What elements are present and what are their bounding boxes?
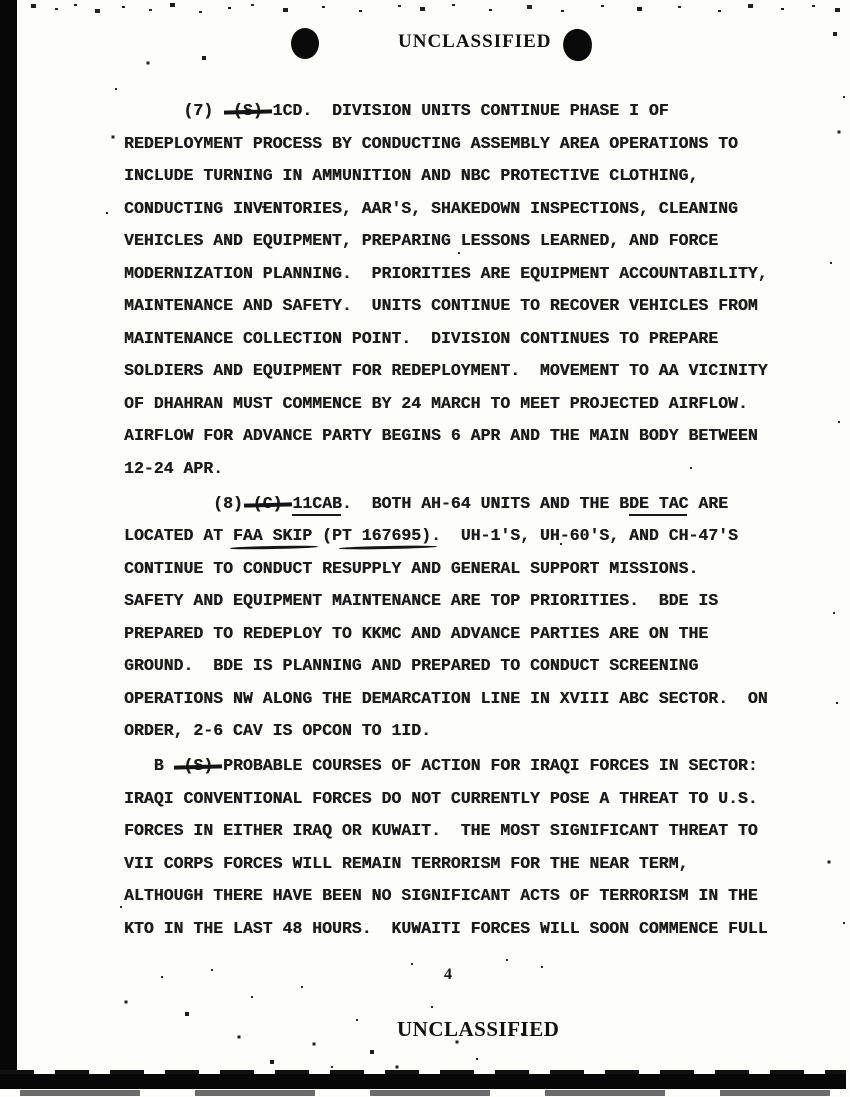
underline-hand-text: FAA SKIP [233, 520, 312, 553]
text-segment: ORDER, 2-6 CAV IS OPCON TO 1ID. [124, 715, 431, 748]
text-segment: SAFETY AND EQUIPMENT MAINTENANCE ARE TOP… [124, 585, 718, 618]
text-segment: VEHICLES AND EQUIPMENT, PREPARING LESSON… [124, 225, 718, 258]
para-7-1cd: (7) (S) 1CD. DIVISION UNITS CONTINUE PHA… [124, 95, 804, 485]
text-line: KTO IN THE LAST 48 HOURS. KUWAITI FORCES… [124, 913, 804, 946]
text-line: PREPARED TO REDEPLOY TO KKMC AND ADVANCE… [124, 618, 804, 651]
underline-text: DE TAC [629, 488, 688, 521]
text-segment: MODERNIZATION PLANNING. PRIORITIES ARE E… [124, 258, 768, 291]
text-segment: OPERATIONS NW ALONG THE DEMARCATION LINE… [124, 683, 768, 716]
strike-text: (S) [183, 750, 213, 783]
text-line: MAINTENANCE COLLECTION POINT. DIVISION C… [124, 323, 804, 356]
scanned-document-page: { "header": { "classification": "UNCLASS… [0, 0, 850, 1097]
text-line: IRAQI CONVENTIONAL FORCES DO NOT CURRENT… [124, 783, 804, 816]
text-segment: MAINTENANCE AND SAFETY. UNITS CONTINUE T… [124, 290, 758, 323]
text-segment: FORCES IN EITHER IRAQ OR KUWAIT. THE MOS… [124, 815, 758, 848]
page-number: 4 [444, 966, 452, 984]
text-line: CONDUCTING INVENTORIES, AAR'S, SHAKEDOWN… [124, 193, 804, 226]
text-line: MODERNIZATION PLANNING. PRIORITIES ARE E… [124, 258, 804, 291]
text-segment: 12-24 APR. [124, 453, 223, 486]
text-segment [282, 488, 292, 521]
text-segment: PROBABLE COURSES OF ACTION FOR IRAQI FOR… [213, 750, 758, 783]
text-segment: ARE [688, 488, 728, 521]
text-line: REDEPLOYMENT PROCESS BY CONDUCTING ASSEM… [124, 128, 804, 161]
strike-text: (S) [233, 95, 263, 128]
text-segment: . BOTH AH-64 UNITS AND THE B [342, 488, 629, 521]
scan-edge-bottom-gray [20, 1090, 830, 1096]
text-segment: CONTINUE TO CONDUCT RESUPPLY AND GENERAL… [124, 553, 698, 586]
text-segment: REDEPLOYMENT PROCESS BY CONDUCTING ASSEM… [124, 128, 738, 161]
text-segment: . UH-1'S, UH-60'S, AND CH-47'S [431, 520, 738, 553]
text-line: FORCES IN EITHER IRAQ OR KUWAIT. THE MOS… [124, 815, 804, 848]
text-segment: IRAQI CONVENTIONAL FORCES DO NOT CURRENT… [124, 783, 758, 816]
text-line: ORDER, 2-6 CAV IS OPCON TO 1ID. [124, 715, 804, 748]
text-line: SAFETY AND EQUIPMENT MAINTENANCE ARE TOP… [124, 585, 804, 618]
text-segment: GROUND. BDE IS PLANNING AND PREPARED TO … [124, 650, 698, 683]
text-segment: ALTHOUGH THERE HAVE BEEN NO SIGNIFICANT … [124, 880, 758, 913]
text-line: MAINTENANCE AND SAFETY. UNITS CONTINUE T… [124, 290, 804, 323]
text-line: AIRFLOW FOR ADVANCE PARTY BEGINS 6 APR A… [124, 420, 804, 453]
text-segment: CONDUCTING INVENTORIES, AAR'S, SHAKEDOWN… [124, 193, 738, 226]
text-line: 12-24 APR. [124, 453, 804, 486]
scan-noise-bottom [0, 0, 2, 2]
punch-hole-left-icon [291, 28, 319, 59]
document-body: (7) (S) 1CD. DIVISION UNITS CONTINUE PHA… [124, 95, 804, 948]
header-classification-label: UNCLASSIFIED [398, 31, 551, 53]
underline-hand-text: T 167695) [342, 520, 431, 553]
scan-edge-bottom-bar [0, 1074, 846, 1089]
text-line: INCLUDE TURNING IN AMMUNITION AND NBC PR… [124, 160, 804, 193]
text-line: GROUND. BDE IS PLANNING AND PREPARED TO … [124, 650, 804, 683]
text-line: VII CORPS FORCES WILL REMAIN TERRORISM F… [124, 848, 804, 881]
text-segment: (P [312, 520, 342, 553]
text-line: VEHICLES AND EQUIPMENT, PREPARING LESSON… [124, 225, 804, 258]
text-line: B (S) PROBABLE COURSES OF ACTION FOR IRA… [124, 750, 804, 783]
underline-text: 11CAB [292, 488, 342, 521]
text-segment: PREPARED TO REDEPLOY TO KKMC AND ADVANCE… [124, 618, 708, 651]
para-b-iraqi-courses-of-action: B (S) PROBABLE COURSES OF ACTION FOR IRA… [124, 750, 804, 945]
text-line: OF DHAHRAN MUST COMMENCE BY 24 MARCH TO … [124, 388, 804, 421]
text-segment: (7) [124, 95, 233, 128]
strike-text: (C) [253, 488, 283, 521]
text-segment: LOCATED AT [124, 520, 233, 553]
text-segment: OF DHAHRAN MUST COMMENCE BY 24 MARCH TO … [124, 388, 748, 421]
text-line: CONTINUE TO CONDUCT RESUPPLY AND GENERAL… [124, 553, 804, 586]
text-segment: 1CD. DIVISION UNITS CONTINUE PHASE I OF [263, 95, 669, 128]
text-line: SOLDIERS AND EQUIPMENT FOR REDEPLOYMENT.… [124, 355, 804, 388]
text-segment: INCLUDE TURNING IN AMMUNITION AND NBC PR… [124, 160, 698, 193]
text-segment: (8) [124, 488, 253, 521]
punch-hole-right-icon [561, 27, 594, 63]
text-line: (7) (S) 1CD. DIVISION UNITS CONTINUE PHA… [124, 95, 804, 128]
scan-edge-left-bar [0, 0, 17, 1084]
text-line: LOCATED AT FAA SKIP (PT 167695). UH-1'S,… [124, 520, 804, 553]
text-segment: VII CORPS FORCES WILL REMAIN TERRORISM F… [124, 848, 688, 881]
text-line: ALTHOUGH THERE HAVE BEEN NO SIGNIFICANT … [124, 880, 804, 913]
footer-classification-label: UNCLASSIFIED [397, 1017, 559, 1042]
text-line: (8) (C) 11CAB. BOTH AH-64 UNITS AND THE … [124, 488, 804, 521]
text-segment: MAINTENANCE COLLECTION POINT. DIVISION C… [124, 323, 718, 356]
text-line: OPERATIONS NW ALONG THE DEMARCATION LINE… [124, 683, 804, 716]
text-segment: KTO IN THE LAST 48 HOURS. KUWAITI FORCES… [124, 913, 768, 946]
text-segment: SOLDIERS AND EQUIPMENT FOR REDEPLOYMENT.… [124, 355, 768, 388]
text-segment: AIRFLOW FOR ADVANCE PARTY BEGINS 6 APR A… [124, 420, 758, 453]
para-8-11cab: (8) (C) 11CAB. BOTH AH-64 UNITS AND THE … [124, 488, 804, 748]
